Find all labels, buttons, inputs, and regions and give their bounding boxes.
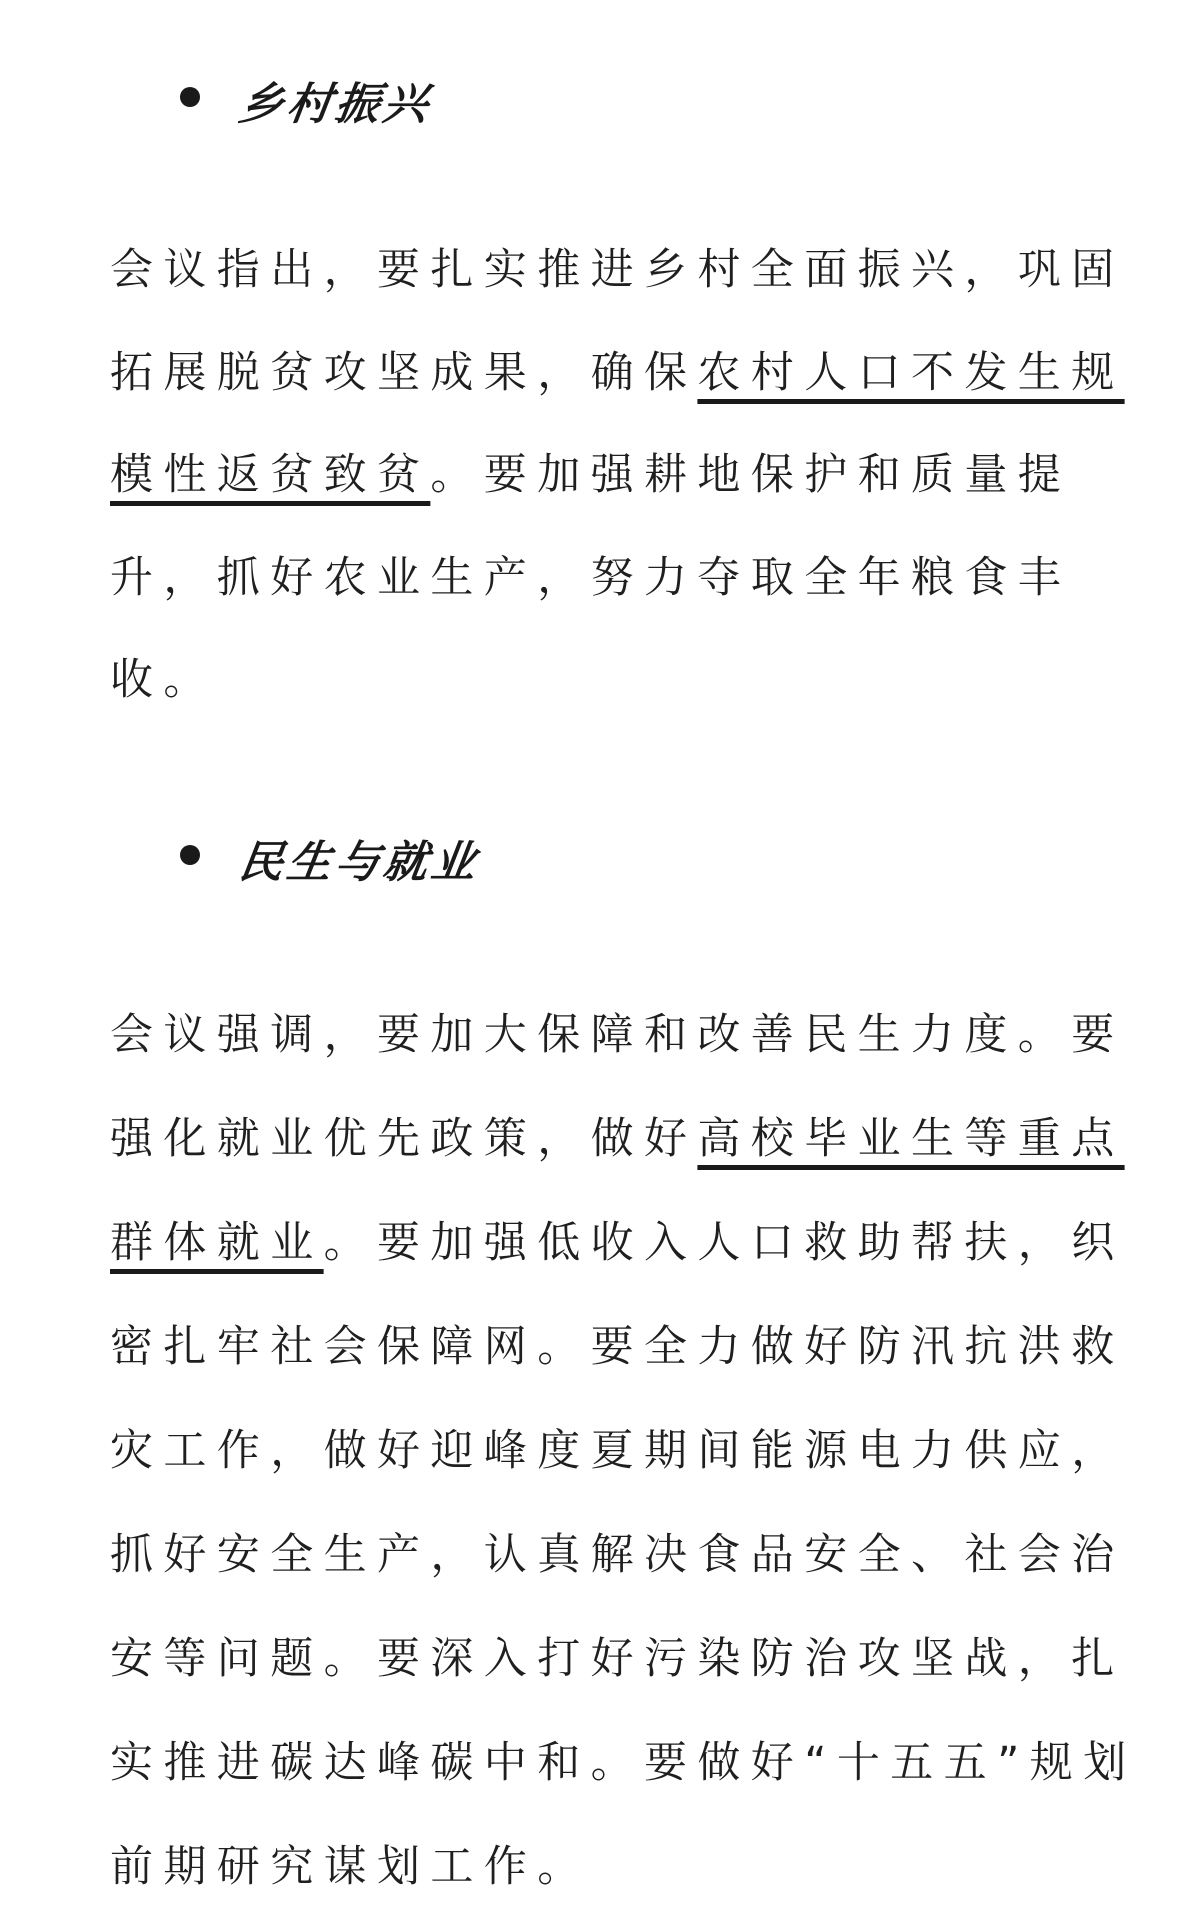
text-run: 拓展脱贫攻坚成果，确保 <box>110 348 697 398</box>
text-run: 灾工作，做好迎峰度夏期间能源电力供应， <box>110 1426 1125 1476</box>
text-run: 。要加强耕地保护和质量提 <box>430 450 1071 500</box>
paragraph-line: 群体就业。要加强低收入人口救助帮扶，织 <box>110 1213 1090 1273</box>
paragraph-line: 前期研究谋划工作。 <box>110 1837 1090 1897</box>
text-run: 安等问题。要深入打好污染防治攻坚战，扎 <box>110 1634 1125 1684</box>
bullet-icon <box>180 845 200 865</box>
text-run: 密扎牢社会保障网。要全力做好防汛抗洪救 <box>110 1322 1125 1372</box>
paragraph-line: 会议指出，要扎实推进乡村全面振兴，巩固 <box>110 240 1090 300</box>
text-run: 实推进碳达峰碳中和。要做好“十五五”规划 <box>110 1738 1137 1788</box>
text-run: 会议强调，要加大保障和改善民生力度。要 <box>110 1010 1125 1060</box>
text-run: 抓好安全生产，认真解决食品安全、社会治 <box>110 1530 1125 1580</box>
paragraph-line: 抓好安全生产，认真解决食品安全、社会治 <box>110 1525 1090 1585</box>
bullet-icon <box>180 87 200 107</box>
text-run: 收。 <box>110 655 217 705</box>
paragraph-line: 会议强调，要加大保障和改善民生力度。要 <box>110 1005 1090 1065</box>
paragraph-line: 模性返贫致贫。要加强耕地保护和质量提 <box>110 445 1090 505</box>
text-run: 强化就业优先政策，做好 <box>110 1114 697 1164</box>
underlined-emphasis: 群体就业 <box>110 1218 324 1268</box>
paragraph-line: 灾工作，做好迎峰度夏期间能源电力供应， <box>110 1421 1090 1481</box>
paragraph-line: 密扎牢社会保障网。要全力做好防汛抗洪救 <box>110 1317 1090 1377</box>
paragraph-line: 安等问题。要深入打好污染防治攻坚战，扎 <box>110 1629 1090 1689</box>
text-run: 。要加强低收入人口救助帮扶，织 <box>324 1218 1125 1268</box>
section-heading-text: 乡村振兴 <box>236 68 437 132</box>
underlined-emphasis: 模性返贫致贫 <box>110 450 430 500</box>
underlined-emphasis: 农村人口不发生规 <box>697 348 1124 398</box>
paragraph-line: 拓展脱贫攻坚成果，确保农村人口不发生规 <box>110 343 1090 403</box>
paragraph-line: 收。 <box>110 650 1090 710</box>
text-run: 前期研究谋划工作。 <box>110 1842 591 1892</box>
paragraph-line: 实推进碳达峰碳中和。要做好“十五五”规划 <box>110 1733 1090 1793</box>
paragraph-line: 升，抓好农业生产，努力夺取全年粮食丰 <box>110 548 1090 608</box>
underlined-emphasis: 高校毕业生等重点 <box>697 1114 1124 1164</box>
section-heading-text: 民生与就业 <box>236 826 485 890</box>
text-run: 升，抓好农业生产，努力夺取全年粮食丰 <box>110 553 1071 603</box>
paragraph-line: 强化就业优先政策，做好高校毕业生等重点 <box>110 1109 1090 1169</box>
text-run: 会议指出，要扎实推进乡村全面振兴，巩固 <box>110 245 1125 295</box>
